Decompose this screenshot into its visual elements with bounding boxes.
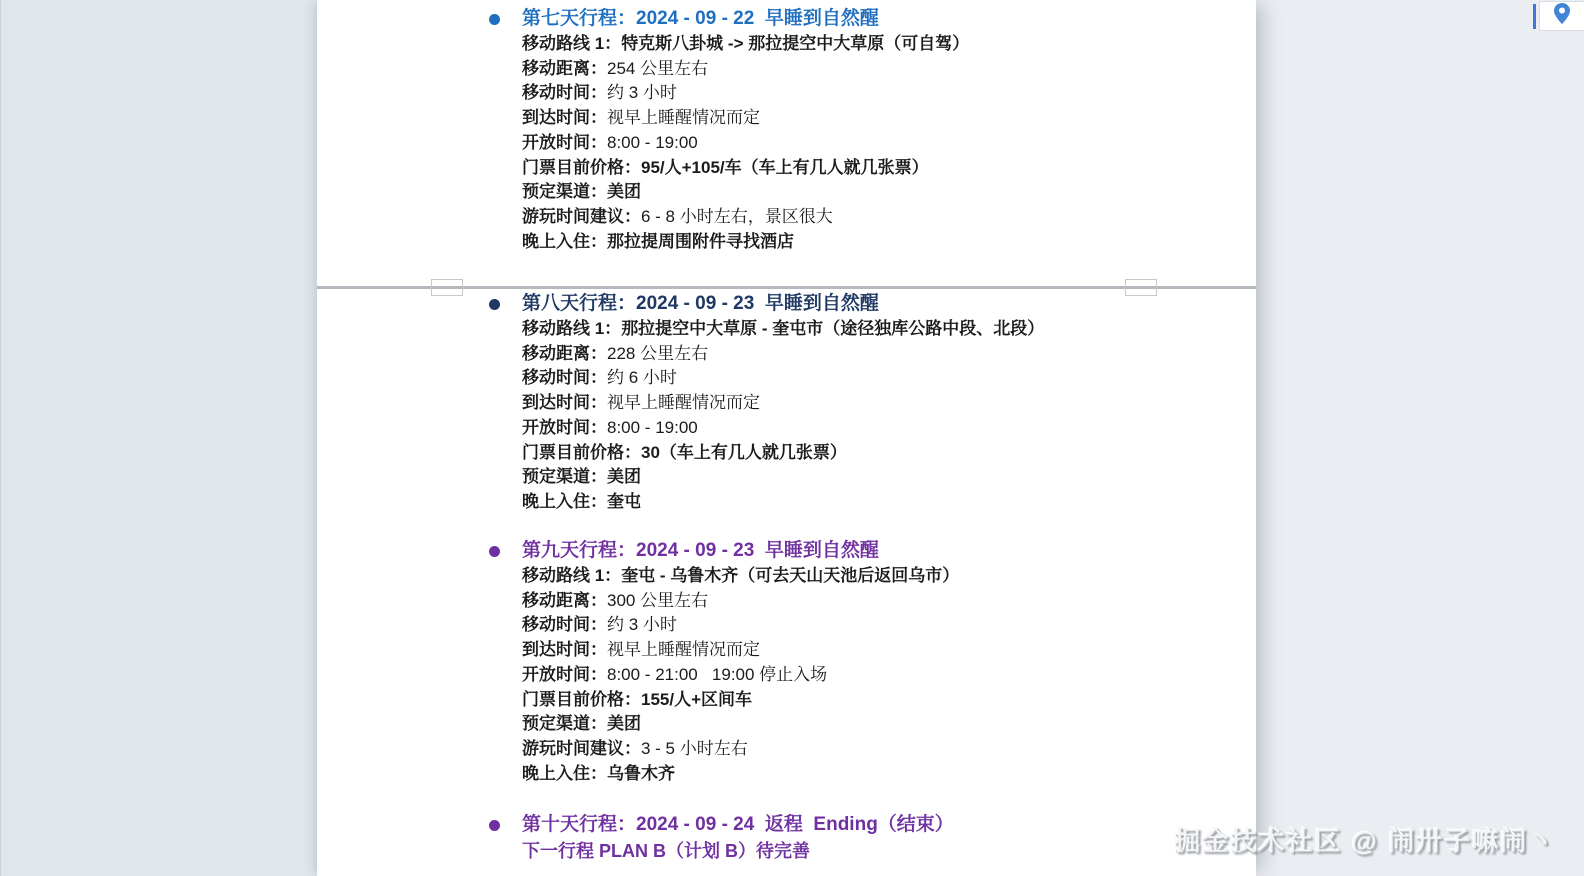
line-value: 奎屯 - 乌鲁木齐（可去天山天池后返回乌市） [621, 566, 959, 585]
day-title-text: 第八天行程：2024 - 09 - 23 早睡到自然醒 [522, 293, 879, 314]
bullet-icon [489, 14, 500, 25]
day-detail-line: 游玩时间建议：6 - 8 小时左右，景区很大 [522, 205, 1182, 230]
line-value: 8:00 - 19:00 [607, 133, 698, 152]
day-detail-line: 移动时间：约 3 小时 [522, 81, 1182, 106]
line-value: 6 - 8 小时左右，景区很大 [641, 207, 833, 226]
line-label: 门票目前价格： [522, 690, 641, 709]
line-label: 移动距离： [522, 591, 607, 610]
line-value: 特克斯八卦城 -> 那拉提空中大草原（可自驾） [621, 34, 969, 53]
line-value: 约 3 小时 [607, 83, 677, 102]
location-pin-button[interactable] [1539, 1, 1584, 31]
line-label: 到达时间： [522, 393, 607, 412]
day-title: 第十天行程：2024 - 09 - 24 返程 Ending（结束） [522, 812, 1182, 838]
day-detail-line: 移动路线 1：特克斯八卦城 -> 那拉提空中大草原（可自驾） [522, 32, 1182, 57]
line-label: 晚上入住： [522, 232, 607, 251]
line-label: 预定渠道： [522, 467, 607, 486]
line-label: 移动距离： [522, 59, 607, 78]
day-detail-line: 晚上入住：乌鲁木齐 [522, 762, 1182, 787]
day-detail-line: 开放时间：8:00 - 21:00 19:00 停止入场 [522, 663, 1182, 688]
day-detail-line: 开放时间：8:00 - 19:00 [522, 416, 1182, 441]
line-label: 游玩时间建议： [522, 207, 641, 226]
line-value: 视早上睡醒情况而定 [607, 108, 760, 127]
line-label: 游玩时间建议： [522, 739, 641, 758]
line-value: 乌鲁木齐 [607, 764, 675, 783]
line-label: 移动时间： [522, 83, 607, 102]
line-label: 预定渠道： [522, 182, 607, 201]
day-detail-line: 预定渠道：美团 [522, 465, 1182, 490]
line-value: 奎屯 [607, 492, 641, 511]
line-value: 美团 [607, 714, 641, 733]
day-detail-line: 下一行程 PLAN B（计划 B）待完善 [522, 838, 1182, 864]
line-value: 美团 [607, 182, 641, 201]
line-label: 移动路线 1： [522, 319, 621, 338]
day-detail-line: 晚上入住：奎屯 [522, 490, 1182, 515]
day-title-text: 第十天行程：2024 - 09 - 24 返程 Ending（结束） [522, 814, 954, 835]
line-label: 移动路线 1： [522, 566, 621, 585]
day-detail-line: 移动路线 1：那拉提空中大草原 - 奎屯市（途径独库公路中段、北段） [522, 317, 1182, 342]
day-detail-line: 开放时间：8:00 - 19:00 [522, 131, 1182, 156]
bullet-icon [489, 820, 500, 831]
day-detail-line: 门票目前价格：30（车上有几人就几张票） [522, 441, 1182, 466]
bullet-icon [489, 299, 500, 310]
day-title: 第九天行程：2024 - 09 - 23 早睡到自然醒 [522, 538, 1182, 564]
line-value: 3 - 5 小时左右 [641, 739, 748, 758]
day-title-text: 第七天行程：2024 - 09 - 22 早睡到自然醒 [522, 8, 879, 29]
line-value: 那拉提空中大草原 - 奎屯市（途径独库公路中段、北段） [621, 319, 1044, 338]
line-value: 30（车上有几人就几张票） [641, 443, 847, 462]
line-label: 移动时间： [522, 615, 607, 634]
day-title-text: 第九天行程：2024 - 09 - 23 早睡到自然醒 [522, 540, 879, 561]
line-label: 晚上入住： [522, 764, 607, 783]
line-label: 移动路线 1： [522, 34, 621, 53]
line-label: 到达时间： [522, 640, 607, 659]
line-label: 到达时间： [522, 108, 607, 127]
day-detail-line: 到达时间：视早上睡醒情况而定 [522, 638, 1182, 663]
day-detail-line: 预定渠道：美团 [522, 180, 1182, 205]
day-detail-line: 移动时间：约 6 小时 [522, 366, 1182, 391]
line-value: 155/人+区间车 [641, 690, 752, 709]
itinerary-section-day10: 第十天行程：2024 - 09 - 24 返程 Ending（结束）下一行程 P… [522, 812, 1182, 864]
line-value: 美团 [607, 467, 641, 486]
line-label: 移动时间： [522, 368, 607, 387]
line-label: 开放时间： [522, 133, 607, 152]
itinerary-section-day8: 第八天行程：2024 - 09 - 23 早睡到自然醒移动路线 1：那拉提空中大… [522, 291, 1182, 515]
day-detail-line: 预定渠道：美团 [522, 712, 1182, 737]
day-detail-line: 门票目前价格：155/人+区间车 [522, 688, 1182, 713]
line-label: 预定渠道： [522, 714, 607, 733]
line-label: 移动距离： [522, 344, 607, 363]
day-detail-line: 到达时间：视早上睡醒情况而定 [522, 391, 1182, 416]
day-detail-line: 移动时间：约 3 小时 [522, 613, 1182, 638]
itinerary-section-day7: 第七天行程：2024 - 09 - 22 早睡到自然醒移动路线 1：特克斯八卦城… [522, 6, 1182, 254]
day-detail-line: 移动路线 1：奎屯 - 乌鲁木齐（可去天山天池后返回乌市） [522, 564, 1182, 589]
line-value: 视早上睡醒情况而定 [607, 640, 760, 659]
line-value: 约 6 小时 [607, 368, 677, 387]
line-value: 8:00 - 19:00 [607, 418, 698, 437]
day-detail-line: 移动距离：254 公里左右 [522, 57, 1182, 82]
line-value: 8:00 - 21:00 19:00 停止入场 [607, 665, 827, 684]
line-value: 那拉提周围附件寻找酒店 [607, 232, 794, 251]
day-detail-line: 到达时间：视早上睡醒情况而定 [522, 106, 1182, 131]
location-pin-widget [1533, 1, 1584, 31]
line-label: 门票目前价格： [522, 443, 641, 462]
day-detail-line: 门票目前价格：95/人+105/车（车上有几人就几张票） [522, 156, 1182, 181]
line-value: 约 3 小时 [607, 615, 677, 634]
document-page[interactable]: 第七天行程：2024 - 09 - 22 早睡到自然醒移动路线 1：特克斯八卦城… [317, 0, 1256, 876]
line-value: 95/人+105/车（车上有几人就几张票） [641, 158, 929, 177]
line-label: 开放时间： [522, 665, 607, 684]
line-label: 开放时间： [522, 418, 607, 437]
line-value: 254 公里左右 [607, 59, 708, 78]
location-pin-icon [1554, 3, 1570, 29]
day-detail-line: 移动距离：300 公里左右 [522, 589, 1182, 614]
watermark: 掘金技术社区 @ 闹卅子嘛闹丶 [1174, 821, 1556, 858]
bullet-icon [489, 546, 500, 557]
workspace-background-left [0, 0, 318, 876]
line-value: 视早上睡醒情况而定 [607, 393, 760, 412]
day-title: 第七天行程：2024 - 09 - 22 早睡到自然醒 [522, 6, 1182, 32]
day-detail-line: 移动距离：228 公里左右 [522, 342, 1182, 367]
line-label: 门票目前价格： [522, 158, 641, 177]
line-value: 300 公里左右 [607, 591, 708, 610]
day-title: 第八天行程：2024 - 09 - 23 早睡到自然醒 [522, 291, 1182, 317]
text-boundary-marker-left [431, 279, 463, 296]
day-detail-line: 游玩时间建议：3 - 5 小时左右 [522, 737, 1182, 762]
line-label: 晚上入住： [522, 492, 607, 511]
accent-bar [1533, 4, 1536, 29]
line-value: 228 公里左右 [607, 344, 708, 363]
day-detail-line: 晚上入住：那拉提周围附件寻找酒店 [522, 230, 1182, 255]
itinerary-section-day9: 第九天行程：2024 - 09 - 23 早睡到自然醒移动路线 1：奎屯 - 乌… [522, 538, 1182, 786]
